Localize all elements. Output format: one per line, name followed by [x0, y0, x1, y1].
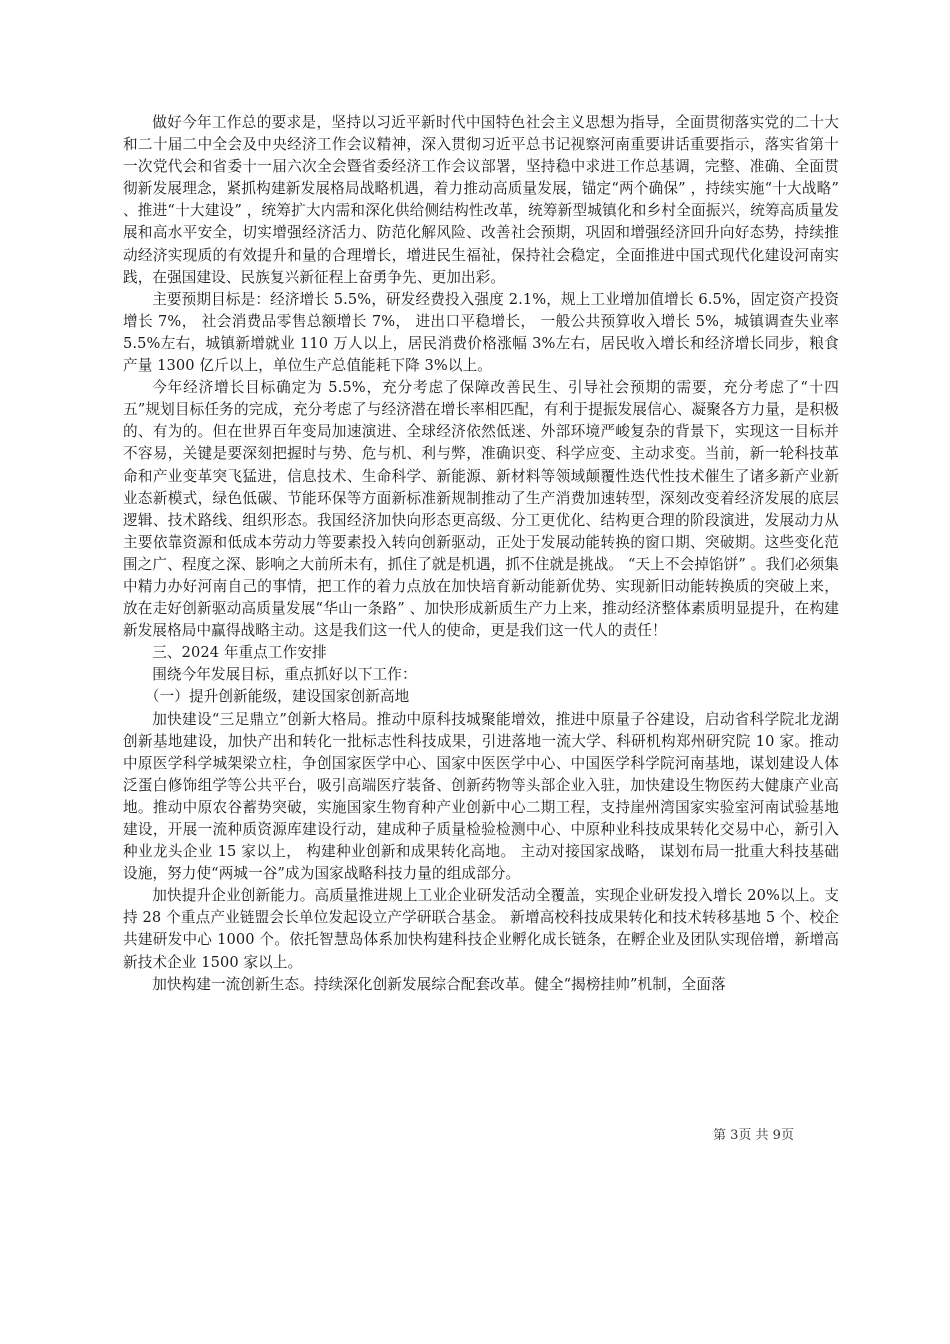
page-number-footer: 第 3页 共 9页 [713, 1124, 794, 1143]
paragraph-innovation-pattern: 加快建设“三足鼎立”创新大格局。推动中原科技城聚能增效，推进中原量子谷建设，启动… [123, 709, 839, 886]
paragraph-enterprise-innovation: 加快提升企业创新能力。高质量推进规上工业企业研发活动全覆盖，实现企业研发投入增长… [123, 885, 839, 973]
document-body: 做好今年工作总的要求是，坚持以习近平新时代中国特色社会主义思想为指导，全面贯彻落… [123, 112, 839, 996]
subsection-heading-innovation: （一）提升创新能级，建设国家创新高地 [123, 686, 839, 708]
document-page: 做好今年工作总的要求是，坚持以习近平新时代中国特色社会主义思想为指导，全面贯彻落… [0, 0, 950, 1344]
paragraph-expected-targets: 主要预期目标是：经济增长 5.5%，研发经费投入强度 2.1%，规上工业增加值增… [123, 289, 839, 377]
paragraph-growth-target-rationale: 今年经济增长目标确定为 5.5%，充分考虑了保障改善民生、引导社会预期的需要，充… [123, 377, 839, 642]
paragraph-innovation-ecosystem: 加快构建一流创新生态。持续深化创新发展综合配套改革。健全“揭榜挂帅”机制，全面落 [123, 974, 839, 996]
section-heading-key-work-2024: 三、2024 年重点工作安排 [123, 642, 839, 664]
paragraph-general-requirements: 做好今年工作总的要求是，坚持以习近平新时代中国特色社会主义思想为指导，全面贯彻落… [123, 112, 839, 289]
paragraph-work-intro: 围绕今年发展目标，重点抓好以下工作： [123, 664, 839, 686]
